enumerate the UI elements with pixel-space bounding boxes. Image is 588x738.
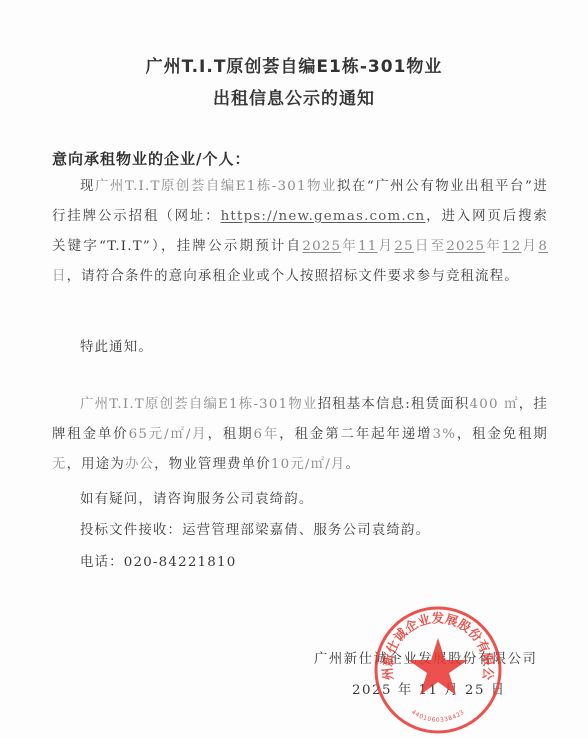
- document-page: 广州T.I.T原创荟自编E1栋-301物业 出租信息公示的通知 意向承租物业的企…: [0, 0, 588, 738]
- text: 日至: [414, 239, 447, 254]
- inquiry-line: 如有疑问，请咨询服务公司袁绮韵。: [80, 488, 313, 507]
- end-year: 2025: [446, 239, 485, 254]
- paragraph-notice: 特此通知。: [52, 333, 548, 363]
- addressee: 意向承租物业的企业/个人：: [52, 148, 250, 169]
- company-seal-icon: 广州新仕诚企业发展股份有限公司 4401060338423: [372, 604, 504, 736]
- seal-code: 4401060338423: [410, 709, 466, 724]
- paragraph-rental-info: 广州T.I.T原创荟自编E1栋-301物业招租基本信息:租赁面积400 ㎡，挂牌…: [52, 390, 548, 480]
- annual-increase: 3%: [432, 427, 456, 442]
- start-month: 11: [358, 239, 377, 254]
- text: 月: [522, 239, 539, 254]
- text: 日: [52, 269, 67, 284]
- rent-price: 65元/㎡/月: [129, 427, 208, 442]
- usage: 办公: [125, 457, 154, 472]
- end-day: 8: [538, 239, 548, 254]
- document-title-line2: 出租信息公示的通知: [0, 84, 588, 109]
- text: ，租期: [208, 427, 254, 442]
- text: 年: [341, 239, 358, 254]
- text: 。: [346, 457, 361, 472]
- submission-line: 投标文件接收：运营管理部梁嘉倩、服务公司袁绮韵。: [80, 519, 430, 538]
- text: 月: [378, 239, 395, 254]
- website-link[interactable]: https://new.gemas.com.cn: [221, 209, 426, 224]
- property-name: 广州T.I.T原创荟自编E1栋-301物业: [95, 179, 337, 194]
- paragraph-announcement: 现广州T.I.T原创荟自编E1栋-301物业拟在“广州公有物业出租平台”进行挂牌…: [52, 172, 548, 292]
- text: ，请符合条件的意向承租企业或个人按照招标文件要求参与竞租流程。: [67, 269, 519, 284]
- text: ，租金第二年起年递增: [279, 427, 432, 442]
- management-fee: 10元/㎡/月: [271, 457, 346, 472]
- document-title-line1: 广州T.I.T原创荟自编E1栋-301物业: [0, 52, 588, 77]
- end-month: 12: [502, 239, 521, 254]
- property-name: 广州T.I.T原创荟自编E1栋-301物业: [80, 397, 318, 412]
- rent-free-period: 无: [52, 457, 67, 472]
- text: 年: [485, 239, 502, 254]
- start-day: 25: [394, 239, 413, 254]
- text: 现: [80, 179, 95, 194]
- text: 招租基本信息:租赁面积: [318, 397, 470, 412]
- text: ，物业管理费单价: [154, 457, 271, 472]
- rental-area: 400 ㎡: [470, 397, 519, 412]
- svg-text:4401060338423: 4401060338423: [410, 709, 466, 724]
- start-year: 2025: [302, 239, 341, 254]
- text: ，用途为: [67, 457, 125, 472]
- text: ，租金免租期: [456, 427, 548, 442]
- lease-term: 6年: [254, 427, 280, 442]
- phone-line: 电话：020-84221810: [80, 551, 236, 570]
